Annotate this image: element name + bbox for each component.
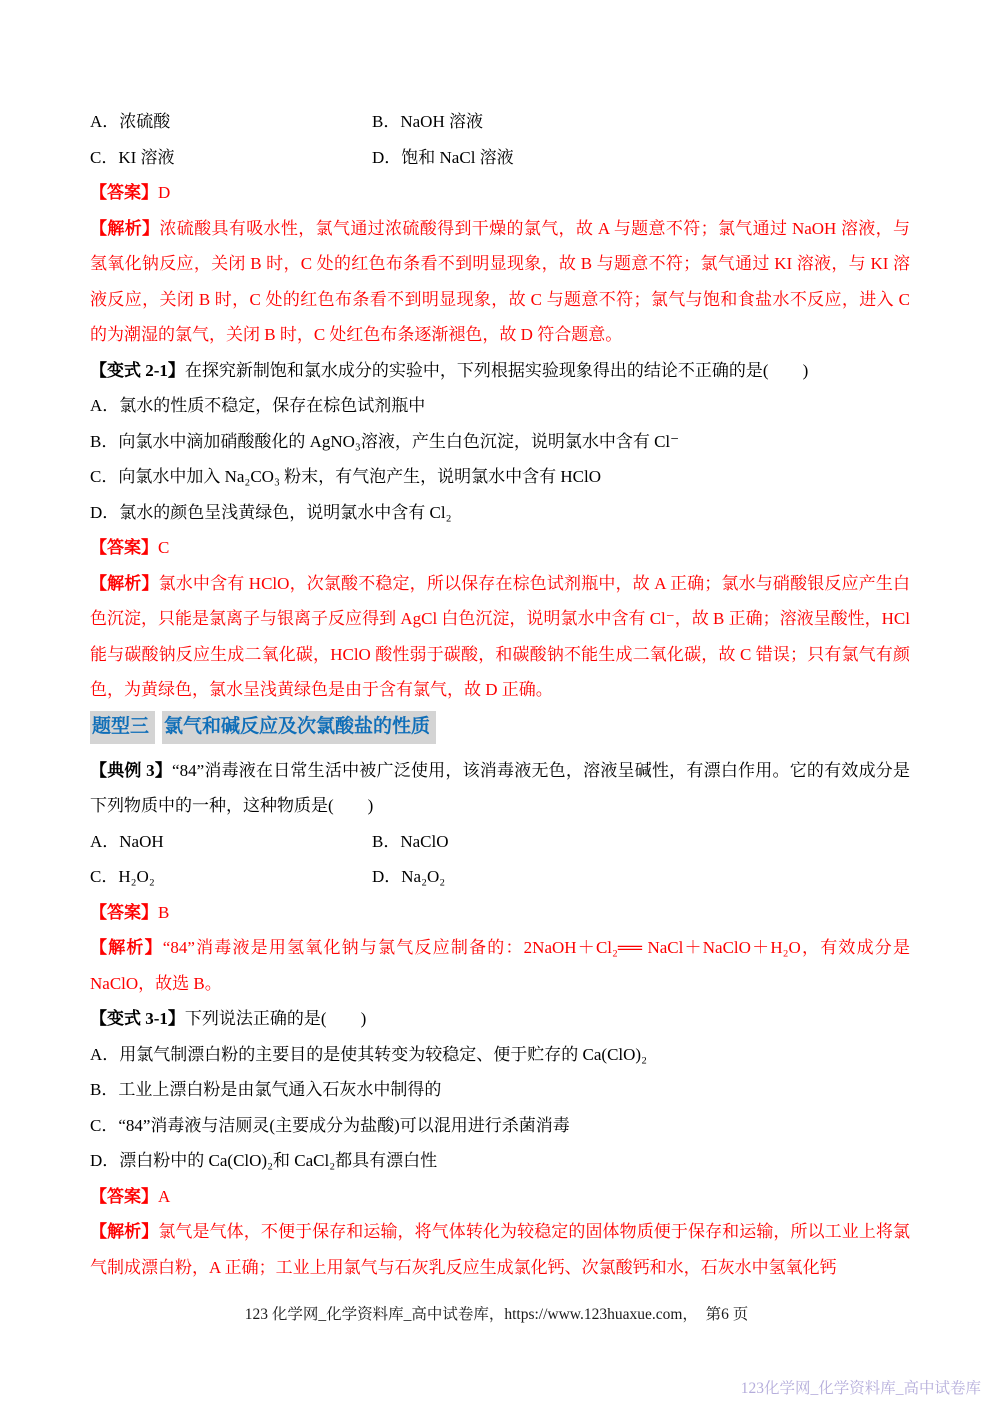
site-watermark: 123化学网_化学资料库_高中试卷库 xyxy=(741,1376,981,1398)
option-c: C．H₂O₂ xyxy=(90,859,372,895)
analysis-text: 氯气是气体，不便于保存和运输，将气体转化为较稳定的固体物质便于保存和运输，所以工… xyxy=(90,1222,910,1277)
option-d: D．饱和 NaCl 溶液 xyxy=(372,140,910,176)
variant-2-1-question-text: 在探究新制饱和氯水成分的实验中，下列根据实验现象得出的结论不正确的是( ) xyxy=(185,361,808,380)
option-a: A．氯水的性质不稳定，保存在棕色试剂瓶中 xyxy=(90,388,910,424)
section-header: 题型三氯气和碱反应及次氯酸盐的性质 xyxy=(90,711,910,744)
example-3-options: A．NaOH B．NaClO C．H₂O₂ D．Na₂O₂ xyxy=(90,824,910,895)
answer-line: 【答案】B xyxy=(90,895,910,931)
answer-label: 【答案】 xyxy=(90,183,158,202)
example-3-question-text: “84”消毒液在日常生活中被广泛使用，该消毒液无色，溶液呈碱性，有漂白作用。它的… xyxy=(90,761,910,816)
variant-2-1-label: 【变式 2-1】 xyxy=(90,361,185,380)
option-c: C．KI 溶液 xyxy=(90,140,372,176)
analysis-label: 【解析】 xyxy=(90,574,159,593)
option-d: D．Na₂O₂ xyxy=(372,859,910,895)
option-b: B．工业上漂白粉是由氯气通入石灰水中制得的 xyxy=(90,1072,910,1108)
analysis-text: 氯水中含有 HClO，次氯酸不稳定，所以保存在棕色试剂瓶中，故 A 正确；氯水与… xyxy=(90,574,910,700)
option-a: A．NaOH xyxy=(90,824,372,860)
answer-label: 【答案】 xyxy=(90,1187,158,1206)
answer-label: 【答案】 xyxy=(90,538,158,557)
option-c: C．向氯水中加入 Na₂CO₃ 粉末，有气泡产生，说明氯水中含有 HClO xyxy=(90,459,910,495)
analysis-text: “84”消毒液是用氢氧化钠与氯气反应制备的：2NaOH＋Cl₂══ NaCl＋N… xyxy=(90,938,910,993)
example-3-label: 【典例 3】 xyxy=(90,761,172,780)
option-a: A．浓硫酸 xyxy=(90,104,372,140)
variant-3-1-question-text: 下列说法正确的是( ) xyxy=(185,1009,366,1028)
answer-line: 【答案】A xyxy=(90,1179,910,1215)
analysis-label: 【解析】 xyxy=(90,938,163,957)
question2-options: A．浓硫酸 B．NaOH 溶液 C．KI 溶液 D．饱和 NaCl 溶液 xyxy=(90,104,910,175)
variant-3-1-question: 【变式 3-1】下列说法正确的是( ) xyxy=(90,1001,910,1037)
answer-value: D xyxy=(158,183,170,202)
option-a: A．用氯气制漂白粉的主要目的是使其转变为较稳定、便于贮存的 Ca(ClO)₂ xyxy=(90,1037,910,1073)
answer-value: B xyxy=(158,903,169,922)
option-d: D．氯水的颜色呈浅黄绿色，说明氯水中含有 Cl₂ xyxy=(90,495,910,531)
example-3-question: 【典例 3】“84”消毒液在日常生活中被广泛使用，该消毒液无色，溶液呈碱性，有漂… xyxy=(90,753,910,824)
option-d: D．漂白粉中的 Ca(ClO)₂和 CaCl₂都具有漂白性 xyxy=(90,1143,910,1179)
analysis-paragraph: 【解析】氯气是气体，不便于保存和运输，将气体转化为较稳定的固体物质便于保存和运输… xyxy=(90,1214,910,1285)
option-c: C．“84”消毒液与洁厕灵(主要成分为盐酸)可以混用进行杀菌消毒 xyxy=(90,1108,910,1144)
page-footer: 123 化学网_化学资料库_高中试卷库，https://www.123huaxu… xyxy=(0,1302,993,1324)
answer-label: 【答案】 xyxy=(90,903,158,922)
analysis-paragraph: 【解析】浓硫酸具有吸水性，氯气通过浓硫酸得到干燥的氯气，故 A 与题意不符；氯气… xyxy=(90,211,910,353)
analysis-paragraph: 【解析】氯水中含有 HClO，次氯酸不稳定，所以保存在棕色试剂瓶中，故 A 正确… xyxy=(90,566,910,708)
option-b: B．NaOH 溶液 xyxy=(372,104,910,140)
answer-value: A xyxy=(158,1187,170,1206)
analysis-label: 【解析】 xyxy=(90,219,159,238)
analysis-paragraph: 【解析】“84”消毒液是用氢氧化钠与氯气反应制备的：2NaOH＋Cl₂══ Na… xyxy=(90,930,910,1001)
option-b: B．NaClO xyxy=(372,824,910,860)
section-number: 题型三 xyxy=(90,711,155,744)
analysis-text: 浓硫酸具有吸水性，氯气通过浓硫酸得到干燥的氯气，故 A 与题意不符；氯气通过 N… xyxy=(90,219,910,345)
page-content: A．浓硫酸 B．NaOH 溶液 C．KI 溶液 D．饱和 NaCl 溶液 【答案… xyxy=(90,104,910,1285)
section-title: 氯气和碱反应及次氯酸盐的性质 xyxy=(162,711,436,744)
option-b: B．向氯水中滴加硝酸酸化的 AgNO₃溶液，产生白色沉淀，说明氯水中含有 Cl⁻ xyxy=(90,424,910,460)
variant-2-1-question: 【变式 2-1】在探究新制饱和氯水成分的实验中，下列根据实验现象得出的结论不正确… xyxy=(90,353,910,389)
answer-line: 【答案】D xyxy=(90,175,910,211)
variant-3-1-label: 【变式 3-1】 xyxy=(90,1009,185,1028)
answer-line: 【答案】C xyxy=(90,530,910,566)
document-page: A．浓硫酸 B．NaOH 溶液 C．KI 溶液 D．饱和 NaCl 溶液 【答案… xyxy=(0,0,993,1404)
analysis-label: 【解析】 xyxy=(90,1222,158,1241)
answer-value: C xyxy=(158,538,169,557)
